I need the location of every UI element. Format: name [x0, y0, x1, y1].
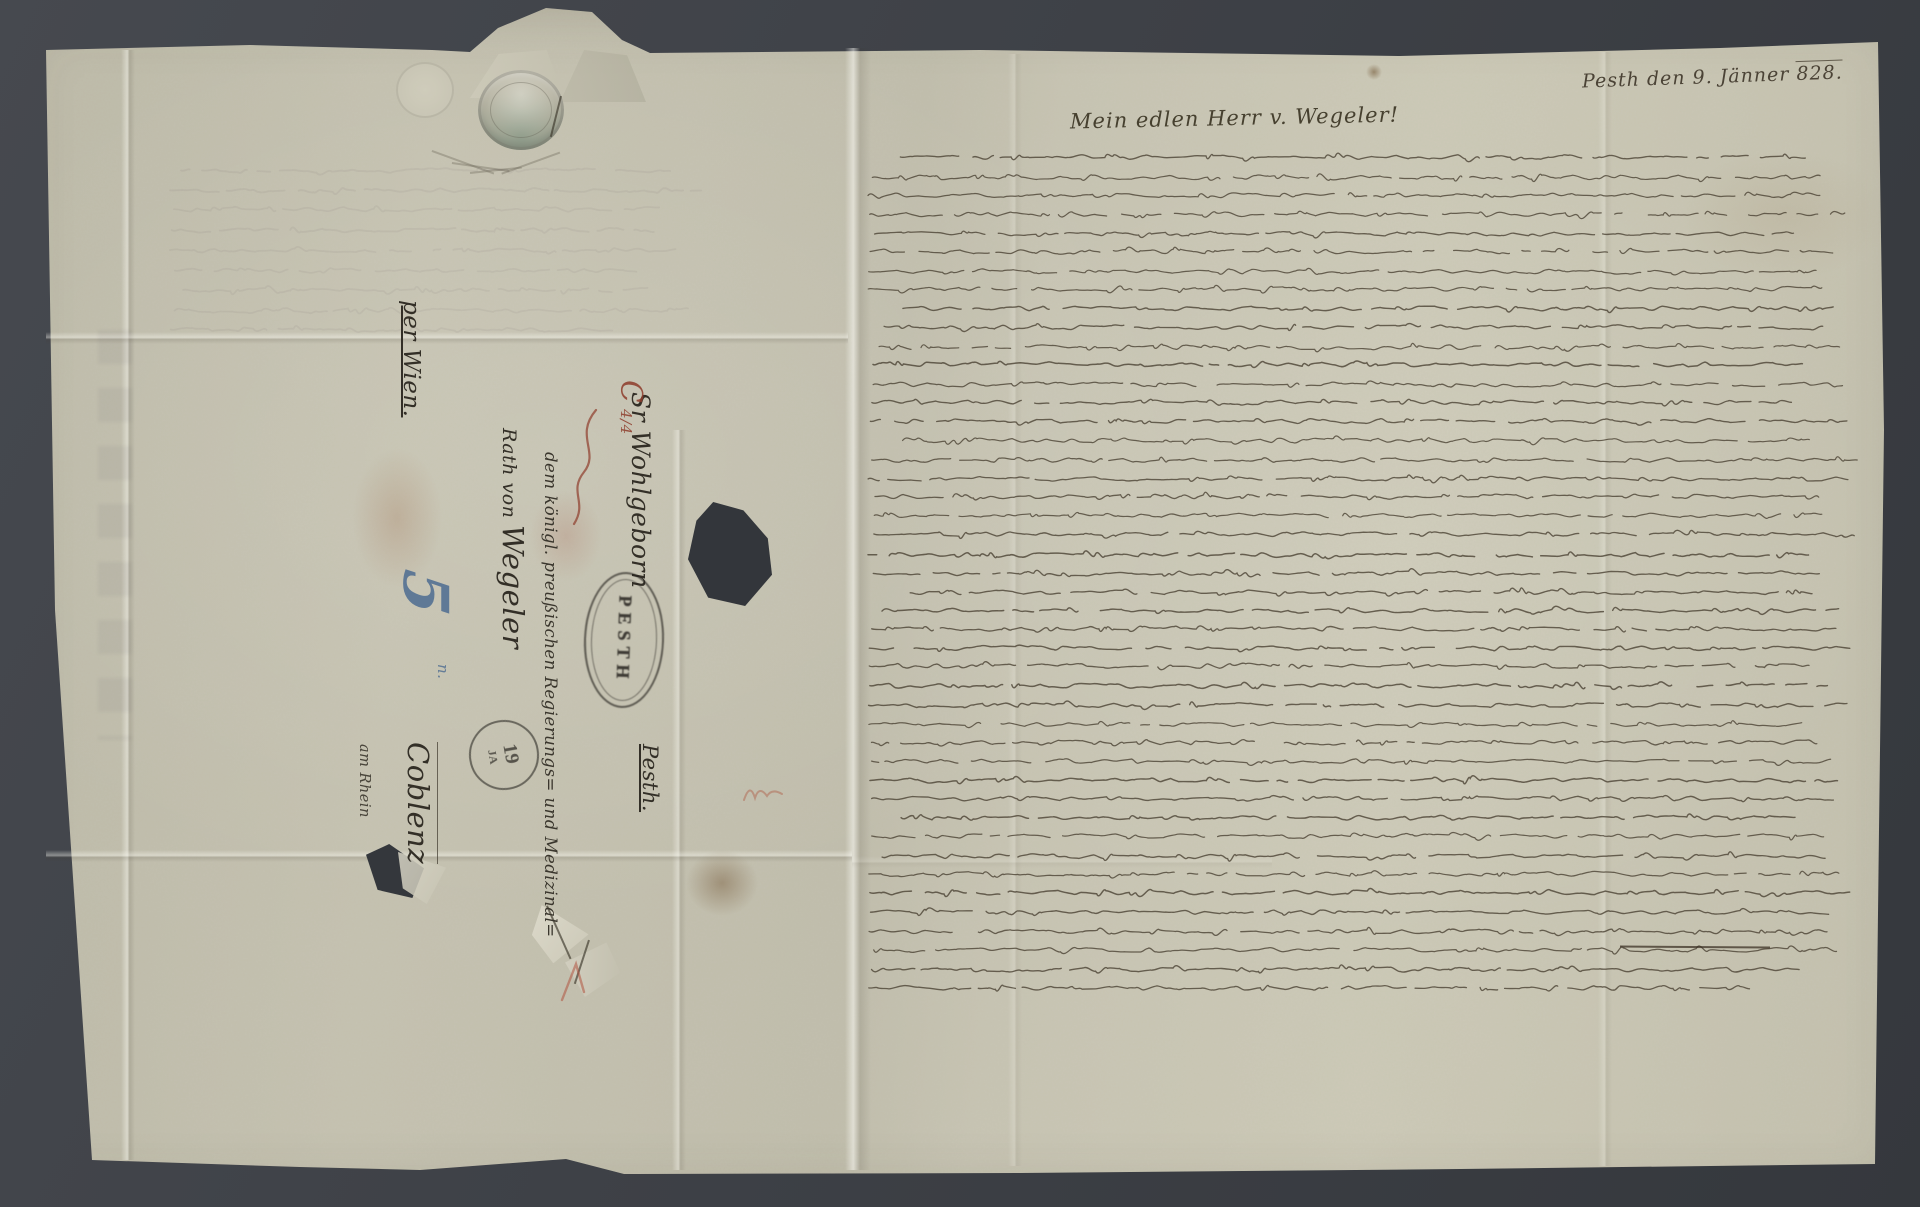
- arrival-postmark-month: JA: [486, 749, 500, 766]
- origin-note-text: Pesth.: [638, 744, 662, 812]
- address-city: Coblenz: [401, 742, 438, 864]
- handwriting-line: [873, 569, 1819, 577]
- handwriting-line: [872, 740, 1817, 746]
- letter-body-handwriting: [856, 130, 1868, 1020]
- showthrough-line: [181, 168, 670, 175]
- handwriting-line: [873, 381, 1842, 387]
- red-rate-letter: C: [613, 380, 648, 403]
- embossed-seal-impression: [478, 70, 564, 150]
- handwriting-line: [873, 361, 1802, 368]
- address-rank-text: Rath von: [498, 428, 520, 525]
- address-city-text: Coblenz: [401, 742, 435, 864]
- handwriting-line: [901, 814, 1795, 820]
- handwriting-line: [875, 231, 1803, 238]
- red-rate-fraction: 4/4: [617, 409, 635, 435]
- handwriting-line: [872, 457, 1857, 463]
- showthrough-line: [170, 247, 676, 254]
- handwriting-line: [879, 343, 1840, 351]
- handwriting-line: [903, 436, 1810, 445]
- handwriting-line: [872, 174, 1820, 182]
- handwriting-line: [872, 759, 1831, 766]
- address-line-name: Rath von Wegeler: [496, 428, 530, 649]
- handwriting-line: [882, 606, 1847, 614]
- postage-due-suffix: n.: [434, 664, 452, 679]
- handwriting-line: [882, 852, 1825, 861]
- handwriting-line: [868, 475, 1848, 483]
- handwriting-line: [868, 551, 1809, 559]
- handwriting-line: [871, 908, 1829, 915]
- handwriting-line: [868, 285, 1822, 293]
- origin-note: Pesth.: [638, 744, 662, 812]
- handwriting-line: [869, 721, 1802, 728]
- showthrough-line: [174, 206, 659, 212]
- handwriting-line: [870, 247, 1833, 254]
- showthrough-line: [172, 227, 654, 232]
- arrival-postmark-day: 19: [499, 742, 522, 765]
- handwriting-line: [870, 419, 1847, 426]
- handwriting-line: [872, 626, 1836, 632]
- handwriting-line: [875, 492, 1819, 500]
- date-line-year: 828.: [1796, 59, 1843, 85]
- handwriting-line: [874, 530, 1854, 538]
- handwriting-line: [869, 662, 1809, 670]
- oval-postmark-text: PESTH: [612, 595, 636, 685]
- seal-wafer-remnant: [396, 62, 454, 118]
- scanned-letter-photo: per Wien. Sr Wohlgeborn dem königl. preu…: [0, 0, 1920, 1207]
- handwriting-line: [870, 889, 1850, 897]
- handwriting-line: [900, 153, 1805, 162]
- handwriting-line: [869, 871, 1839, 878]
- red-rate-mark: C 4/4: [613, 380, 648, 435]
- handwriting-line: [903, 306, 1833, 312]
- red-pencil-initials: [742, 780, 786, 804]
- handwriting-line: [869, 701, 1847, 709]
- handwriting-line: [870, 682, 1828, 690]
- body-text-showthrough: [160, 160, 760, 350]
- handwriting-line: [869, 645, 1850, 652]
- handwriting-line: [870, 776, 1838, 784]
- address-region-text: am Rhein: [356, 744, 372, 818]
- handwriting-line: [870, 211, 1845, 218]
- handwriting-line: [874, 512, 1822, 518]
- handwriting-line: [869, 268, 1816, 275]
- handwriting-line: [869, 927, 1827, 935]
- showthrough-line: [170, 188, 701, 194]
- showthrough-line: [175, 268, 637, 273]
- address-region: am Rhein: [356, 744, 372, 818]
- handwriting-line: [872, 965, 1800, 973]
- red-pencil-check: [560, 960, 594, 1004]
- handwriting-line: [869, 985, 1750, 991]
- handwriting-line: [884, 324, 1823, 332]
- handwriting-line: [872, 399, 1800, 406]
- address-surname-text: Wegeler: [496, 525, 530, 649]
- handwriting-line: [872, 832, 1830, 840]
- handwriting-line: [910, 588, 1812, 596]
- showthrough-line: [175, 308, 689, 314]
- postage-due-suffix-text: n.: [434, 664, 452, 679]
- red-ink-flourish: [556, 408, 604, 528]
- showthrough-line: [171, 326, 613, 332]
- handwriting-line: [872, 796, 1834, 802]
- showthrough-line: [183, 286, 647, 294]
- handwriting-line: [868, 192, 1820, 198]
